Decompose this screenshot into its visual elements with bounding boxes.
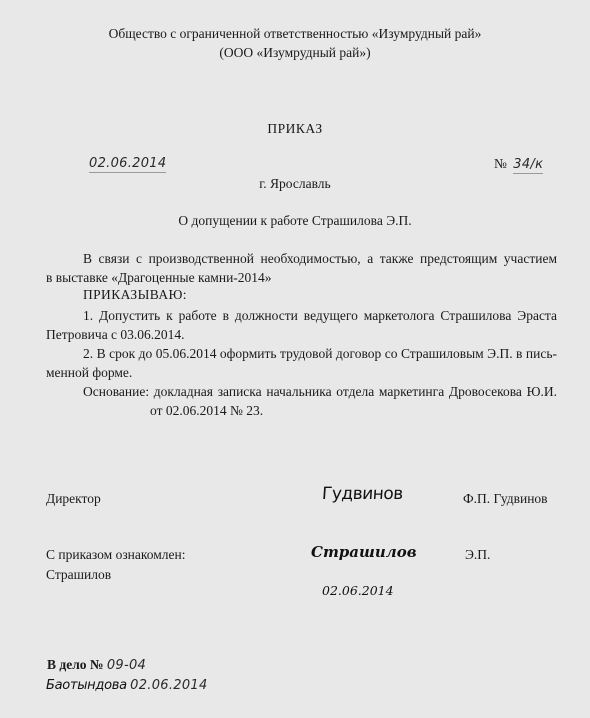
- director-name: Ф.П. Гудвинов: [463, 491, 548, 507]
- employee-surname: Страшилов: [46, 567, 111, 583]
- order-item-1-line-2: Петровича с 03.06.2014.: [46, 325, 557, 344]
- filed-date: 02.06.2014: [130, 678, 207, 693]
- order-subject: О допущении к работе Страшилова Э.П.: [0, 213, 590, 229]
- order-number: 34/к: [513, 157, 543, 174]
- filed-by: Баотындова 02.06.2014: [46, 677, 208, 693]
- order-item-1-line-1: 1. Допустить к работе в должности ведуще…: [46, 306, 557, 325]
- basis-line-1: Основание: докладная записка начальника …: [46, 382, 557, 401]
- order-item-1: 1. Допустить к работе в должности ведуще…: [46, 306, 557, 344]
- order-item-2: 2. В срок до 05.06.2014 оформить трудово…: [46, 344, 557, 382]
- basis-paragraph: Основание: докладная записка начальника …: [46, 382, 557, 420]
- organization-full-name: Общество с ограниченной ответственностью…: [0, 26, 590, 42]
- file-number: 09-04: [107, 658, 146, 673]
- intro-line-2: в выставке «Драгоценные камни-2014»: [46, 268, 557, 287]
- employee-sign-date: 02.06.2014: [322, 583, 394, 598]
- command-word: ПРИКАЗЫВАЮ:: [83, 287, 187, 303]
- employee-signature: Страшилов: [311, 543, 417, 561]
- intro-paragraph: В связи с производственной необходимость…: [46, 249, 557, 287]
- file-label: В дело №: [47, 657, 103, 672]
- document-title: ПРИКАЗ: [0, 121, 590, 137]
- order-date: 02.06.2014: [89, 156, 166, 173]
- number-sign: №: [494, 156, 507, 171]
- file-note: В дело № 09-04: [47, 657, 146, 673]
- director-signature: Гудвинов: [321, 484, 403, 504]
- organization-short-name: (ООО «Изумрудный рай»): [0, 45, 590, 61]
- order-item-2-line-1: 2. В срок до 05.06.2014 оформить трудово…: [46, 344, 557, 363]
- city: г. Ярославль: [0, 176, 590, 192]
- director-label: Директор: [46, 491, 101, 507]
- employee-initials: Э.П.: [465, 547, 490, 563]
- basis-line-2: от 02.06.2014 № 23.: [46, 401, 557, 420]
- order-number-field: № 34/к: [494, 156, 543, 172]
- acquainted-label: С приказом ознакомлен:: [46, 547, 186, 563]
- order-item-2-line-2: менной форме.: [46, 363, 557, 382]
- intro-line-1: В связи с производственной необходимость…: [46, 249, 557, 268]
- filed-by-signature: Баотындова: [46, 678, 127, 693]
